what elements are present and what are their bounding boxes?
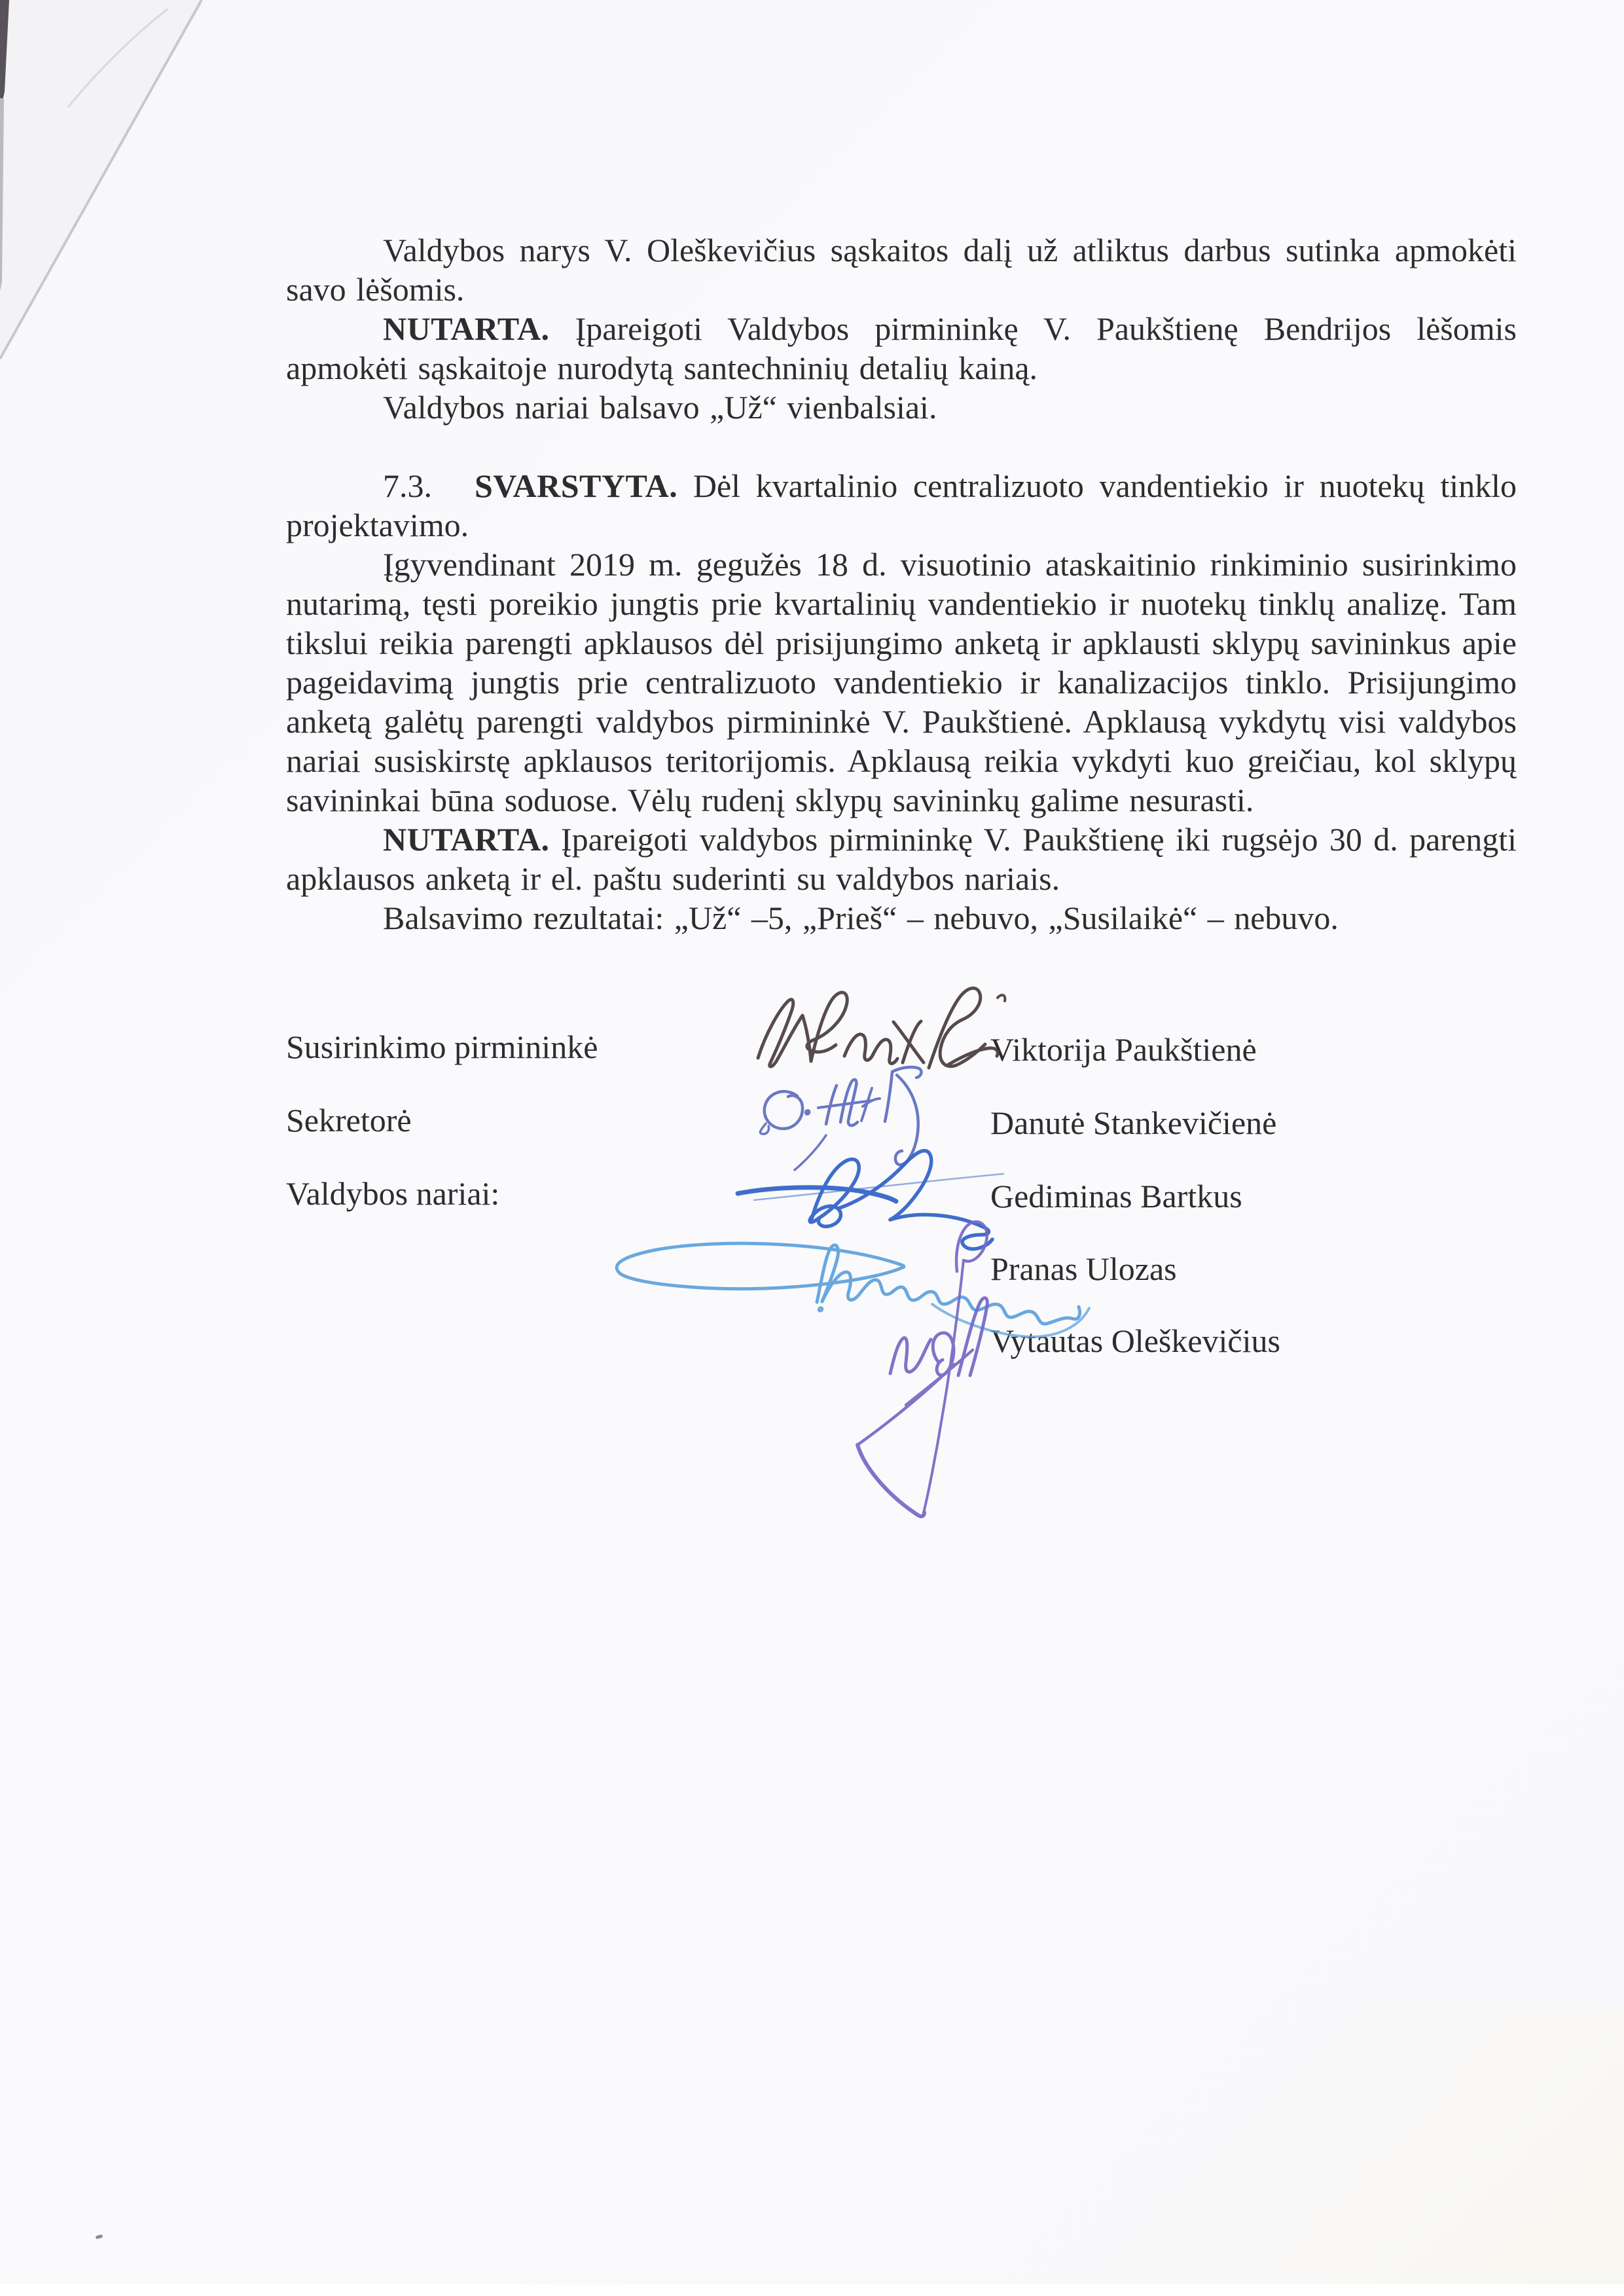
- signature-role-board-members: Valdybos nariai:: [286, 1174, 499, 1213]
- scan-bottom-edge: [0, 2284, 1624, 2296]
- signature-role-secretary: Sekretorė: [286, 1101, 412, 1140]
- document-body: Valdybos narys V. Oleškevičius sąskaitos…: [286, 230, 1517, 938]
- paragraph: NUTARTA. Įpareigoti Valdybos pirmininkę …: [286, 309, 1517, 388]
- signature-danute-stankeviciene: [760, 1067, 921, 1170]
- signature-viktorija-paukstiene: [758, 988, 1005, 1068]
- signature-vytautas-oleskevicius: [857, 1222, 987, 1516]
- paragraph: Valdybos nariai balsavo „Už“ vienbalsiai…: [286, 388, 1517, 427]
- signature-role-chair: Susirinkimo pirmininkė: [286, 1027, 598, 1066]
- paragraph: NUTARTA. Įpareigoti valdybos pirmininkę …: [286, 820, 1517, 898]
- signature-gediminas-bartkus: [738, 1151, 1003, 1249]
- paragraph: Valdybos narys V. Oleškevičius sąskaitos…: [286, 230, 1517, 309]
- paragraph-text: Balsavimo rezultatai: „Už“ –5, „Prieš“ –…: [383, 900, 1339, 936]
- paragraph: Įgyvendinant 2019 m. gegužės 18 d. visuo…: [286, 545, 1517, 820]
- scan-tint: [1035, 2009, 1624, 2284]
- paragraph-text: Įgyvendinant 2019 m. gegužės 18 d. visuo…: [286, 546, 1517, 818]
- scan-speck: [96, 2234, 103, 2240]
- paragraph-text: Valdybos nariai balsavo „Už“ vienbalsiai…: [383, 389, 937, 426]
- handwritten-signatures: [589, 936, 1126, 1565]
- paragraph-lead: SVARSTYTA.: [475, 467, 677, 504]
- section-number: 7.3.: [383, 466, 475, 505]
- paragraph-lead: NUTARTA.: [383, 310, 550, 347]
- paragraph-section-7-3: 7.3.SVARSTYTA. Dėl kvartalinio centraliz…: [286, 466, 1517, 545]
- signature-pranas-ulozas: [617, 1243, 1089, 1337]
- paragraph-lead: NUTARTA.: [383, 821, 550, 858]
- paragraph: Balsavimo rezultatai: „Už“ –5, „Prieš“ –…: [286, 898, 1517, 938]
- page-fold-corner: [0, 0, 281, 373]
- paragraph-text: Valdybos narys V. Oleškevičius sąskaitos…: [286, 232, 1517, 308]
- scanned-document-page: Valdybos narys V. Oleškevičius sąskaitos…: [0, 0, 1624, 2296]
